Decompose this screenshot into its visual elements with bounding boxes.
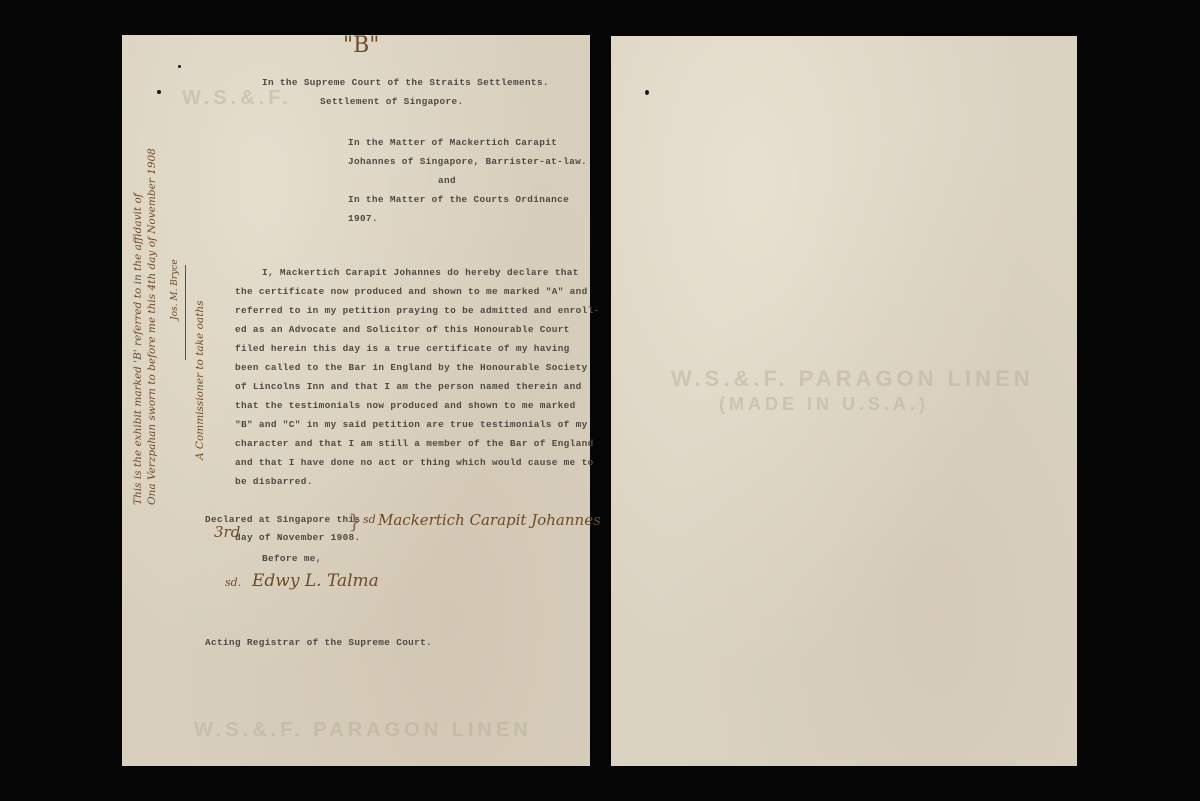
body-line: character and that I am still a member o… [235,438,594,449]
signature-prefix: sd [363,513,376,526]
body-line: "B" and "C" in my said petition are true… [235,419,588,430]
left-document-page: W.S.&.F. W.S.&.F. PARAGON LINEN "B" In t… [122,35,590,766]
matter-line: In the Matter of the Courts Ordinance [348,194,569,205]
margin-commissioner: A Commissioner to take oaths [194,300,206,460]
margin-note-line: This is the exhibit marked 'B' referred … [132,148,144,505]
before-me-line: Before me, [262,553,322,564]
matter-line: Johannes of Singapore, Barrister-at-law. [348,156,587,167]
exhibit-mark: "B" [343,33,379,58]
body-line: been called to the Bar in England by the… [235,362,588,373]
body-line: and that I have done no act or thing whi… [235,457,594,468]
registrar-title: Acting Registrar of the Supreme Court. [205,637,432,648]
matter-line: and [438,175,456,186]
right-document-page: W.S.&.F. PARAGON LINEN (MADE IN U.S.A.) [611,36,1077,766]
matter-line: 1907. [348,213,378,224]
signature-underline [185,265,186,360]
punch-hole [645,90,649,95]
watermark-line-1: W.S.&.F. PARAGON LINEN [671,366,1034,392]
body-line: I, Mackertich Carapit Johannes do hereby… [262,267,579,278]
body-line: ed as an Advocate and Solicitor of this … [235,324,570,335]
margin-signature: Jos. M. Bryce [170,259,180,320]
body-line: the certificate now produced and shown t… [235,286,588,297]
commissioner-block: A Commissioner to take oaths [194,300,206,460]
body-line: referred to in my petition praying to be… [235,305,600,316]
body-line: of Lincolns Inn and that I am the person… [235,381,582,392]
margin-annotation: This is the exhibit marked 'B' referred … [132,148,156,505]
matter-line: In the Matter of Mackertich Carapit [348,137,557,148]
watermark-bottom: W.S.&.F. PARAGON LINEN [194,719,532,742]
body-line: be disbarred. [235,476,313,487]
punch-hole [157,90,161,94]
registrar-signature-prefix: sd. [225,576,241,589]
declared-date-line: day of November 1908. [235,532,361,543]
watermark-top: W.S.&.F. [182,87,292,110]
brace-icon: } [348,509,361,533]
settlement-heading: Settlement of Singapore. [320,96,463,107]
body-line: filed herein this day is a true certific… [235,343,570,354]
watermark-line-2: (MADE IN U.S.A.) [719,394,929,415]
court-heading: In the Supreme Court of the Straits Sett… [262,77,549,88]
punch-hole [178,65,181,68]
declarant-signature: Mackertich Carapit Johannes [378,511,601,529]
registrar-signature: Edwy L. Talma [252,571,379,591]
margin-note-line: Ona Verzpahan sworn to before me this 4t… [146,148,158,505]
body-line: that the testimonials now produced and s… [235,400,576,411]
margin-signature-block: Jos. M. Bryce [170,269,180,330]
